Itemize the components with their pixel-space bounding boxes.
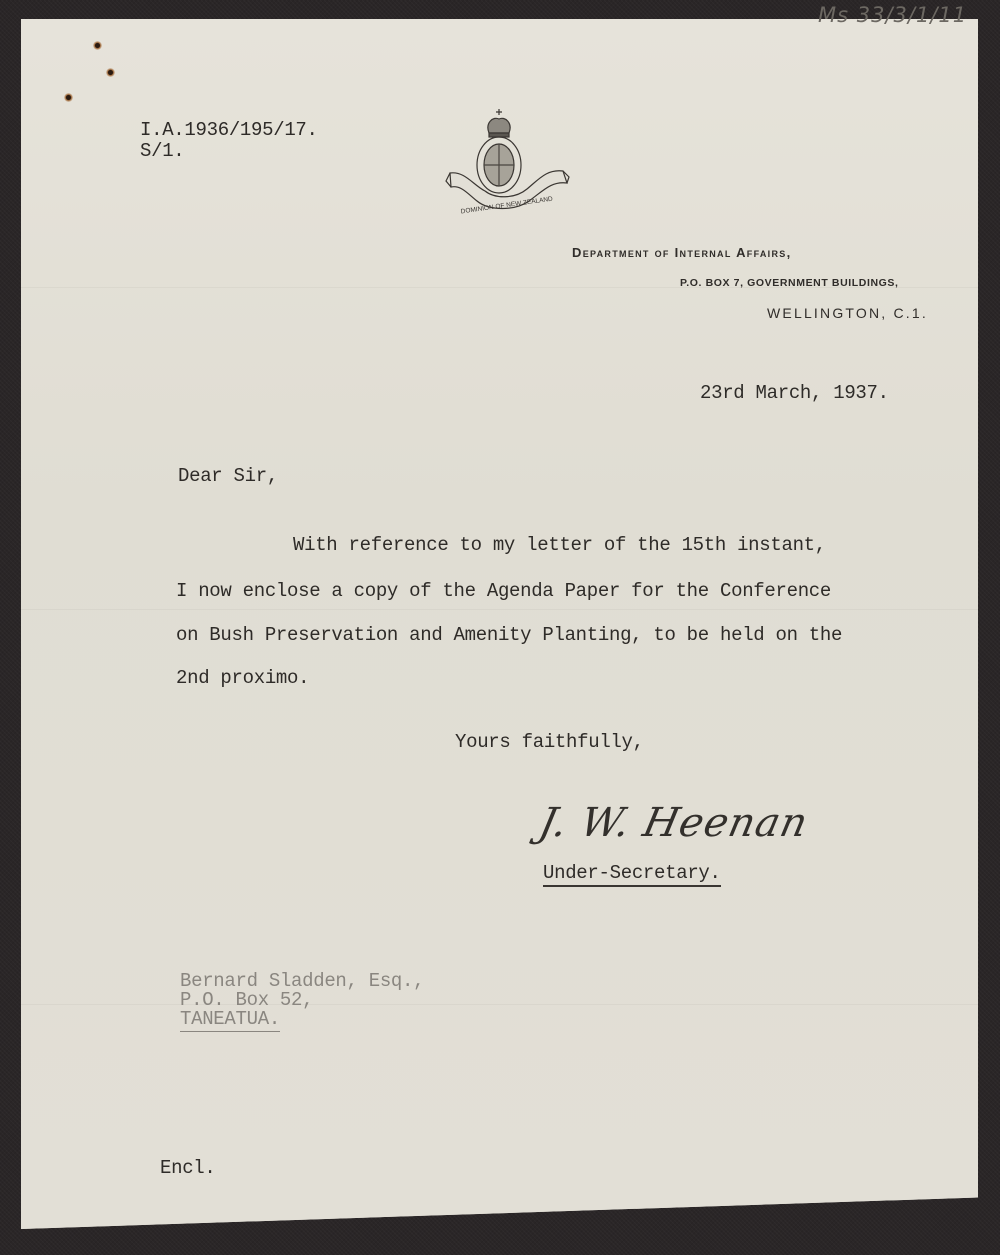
fold-line	[21, 609, 978, 610]
coat-of-arms-icon: DOMINION OF NEW ZEALAND	[445, 103, 570, 225]
signatory-title: Under-Secretary.	[543, 862, 721, 884]
fold-line	[21, 1004, 978, 1005]
recipient-town: TANEATUA.	[180, 1008, 280, 1032]
letterhead-address: P.O. BOX 7, GOVERNMENT BUILDINGS,	[680, 277, 899, 289]
reference-line-1: I.A.1936/195/17.	[140, 119, 318, 141]
body-line: I now enclose a copy of the Agenda Paper…	[176, 580, 831, 602]
body-line: on Bush Preservation and Amenity Plantin…	[176, 624, 842, 646]
body-line: With reference to my letter of the 15th …	[293, 534, 826, 556]
letter-date: 23rd March, 1937.	[700, 382, 889, 404]
enclosure-note: Encl.	[160, 1157, 216, 1179]
reference-number: I.A.1936/195/17. S/1.	[140, 120, 318, 162]
rust-stain	[93, 41, 102, 50]
letterhead-city: WELLINGTON, C.1.	[767, 305, 928, 321]
body-line: 2nd proximo.	[176, 667, 309, 689]
rust-stain	[64, 93, 73, 102]
letterhead-department: Department of Internal Affairs,	[572, 245, 791, 260]
signatory-title-text: Under-Secretary.	[543, 862, 721, 887]
salutation: Dear Sir,	[178, 465, 278, 487]
reference-line-2: S/1.	[140, 140, 184, 162]
rust-stain	[106, 68, 115, 77]
closing: Yours faithfully,	[455, 731, 644, 753]
archive-reference: Ms 33/3/1/11	[818, 3, 967, 27]
signature: J. W. Heenan	[535, 800, 812, 846]
recipient-address: Bernard Sladden, Esq., P.O. Box 52, TANE…	[180, 972, 424, 1029]
